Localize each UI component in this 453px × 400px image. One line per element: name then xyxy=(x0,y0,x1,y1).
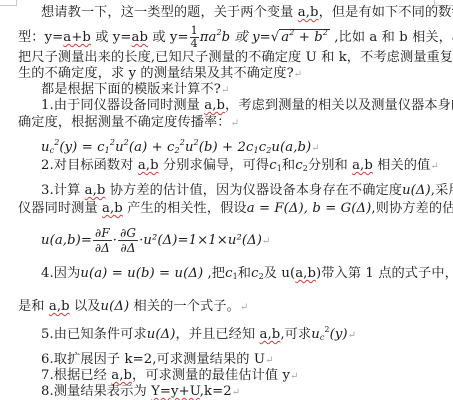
propagation-formula: uc2(y) = c12u2(a) + c22u2(b) + 2c1c2u(a,… xyxy=(41,140,320,157)
paragraph-mark-icon: ↵ xyxy=(240,302,248,313)
spellcheck-word: a,b xyxy=(298,5,319,20)
text: 产生的相关性，假设 xyxy=(123,201,247,216)
paragraph-mark-icon: ↵ xyxy=(430,161,438,172)
paragraph-mark-icon: ↵ xyxy=(311,143,319,154)
text: ,采用同一 xyxy=(431,183,453,198)
math: u(Δ) xyxy=(402,183,431,198)
text: ，可求测量的最佳估计值 y xyxy=(132,368,290,383)
step-1-line-1: 1.由于同仪器设备同时测量 a,b，考虑到测量的相关以及测量仪器本身的不 xyxy=(41,98,453,114)
text: 都是根据下面的模版来计算不? xyxy=(41,82,221,97)
math: u(Δ) xyxy=(101,299,130,314)
text: 是和 xyxy=(18,299,49,314)
step-7-line: 7.根据已经 a,b，可求测量的最佳估计值 y↵ xyxy=(41,368,299,385)
spellcheck-word: ab xyxy=(132,30,149,45)
text: 和 xyxy=(282,158,295,173)
math: c xyxy=(225,266,233,281)
text: 3.计算 xyxy=(41,183,85,198)
text: 2.对目标函数对 xyxy=(41,158,138,173)
text: 8.测量结果表示为 xyxy=(41,384,151,399)
spellcheck-word: a,b xyxy=(138,158,159,173)
step-6-line: 6.取扩展因子 k=2,可求测量结果的 U↵ xyxy=(41,352,274,369)
math: a = F(Δ), b = G(Δ) xyxy=(247,201,372,216)
step-2-line: 2.对目标函数对 a,b 分别求偏导，可得c1和c2分别和 a,b 相关的值↵ xyxy=(41,158,439,175)
text: 1.由于同仪器设备同时测量 xyxy=(41,98,204,113)
fraction-denominator: 4 xyxy=(190,38,199,50)
text: 及 u( xyxy=(264,266,295,281)
spellcheck-word: a,b xyxy=(85,183,106,198)
paragraph-mark-icon: ↵ xyxy=(262,236,270,247)
fraction-one-quarter: 14 xyxy=(190,25,199,50)
math: + b xyxy=(294,30,322,45)
partial-fraction-F: ∂F∂Δ xyxy=(93,226,112,255)
paragraph-mark-icon: ↵ xyxy=(348,330,356,341)
text: ，考虑到测量的相关以及测量仪器本身的不 xyxy=(225,98,453,113)
spellcheck-word: a,b xyxy=(260,327,281,342)
math: · xyxy=(113,233,117,248)
question-line-4: 生的不确定度，求 y 的测量结果及其不确定度?↵ xyxy=(18,66,302,83)
text: ，但是有如下不同的数学模 xyxy=(319,5,453,20)
paragraph-mark-icon: ↵ xyxy=(232,387,240,398)
text: 仪器同时测量 xyxy=(18,201,102,216)
text: 型：y= xyxy=(18,30,63,45)
spellcheck-word: a,b xyxy=(352,158,373,173)
step-4-line-2: 是和 a,b 以及u(Δ) 相关的一个式子。↵ xyxy=(18,299,248,316)
text: )带入第 1 点的式子中， xyxy=(316,266,453,281)
question-line-1: 想请教一下，这一类型的题，关于两个变量 a,b，但是有如下不同的数学模 xyxy=(41,5,453,21)
text: 或 y= xyxy=(148,30,189,45)
text: 5.由已知条件可求 xyxy=(41,327,147,342)
page-corner-mark-left xyxy=(0,0,17,6)
step-4-line-1: 4.因为u(a) = u(b) = u(Δ) ,把c1和c2及 u(a,b)带入… xyxy=(41,266,453,282)
math: b 或 y= xyxy=(222,30,271,45)
fraction-denominator: ∂Δ xyxy=(93,241,112,255)
text: 分别求偏导，可得 xyxy=(159,158,270,173)
math: u(Δ) xyxy=(147,327,176,342)
step-3-line-2: 仪器同时测量 a,b 产生的相关性，假设a = F(Δ), b = G(Δ),则… xyxy=(18,201,453,218)
subscript: c xyxy=(320,333,325,342)
math: ·u²(Δ)=1×1×u²(Δ) xyxy=(139,233,262,248)
question-line-2: 型：y=a+b 或 y=ab 或 y=14πa2b 或 y=√a2 + b2 ,… xyxy=(18,25,453,50)
spellcheck-word: a,b xyxy=(49,299,70,314)
question-line-3: 把尺子测量出来的长度,已知尺子测量的不确定度 U 和 k，不考虑测量重复性产 xyxy=(18,50,453,66)
text: 相关的值 xyxy=(373,158,430,173)
superscript: 2 xyxy=(323,28,328,37)
text: 协方差的估计值，因为仪器设备本身存在不确定度 xyxy=(105,183,402,198)
fraction-numerator: ∂F xyxy=(93,226,112,241)
step-5-line: 5.由已知条件可求u(Δ)，并且已经知 a,b,可求uc2(y)↵ xyxy=(41,327,356,344)
text: ,则协方差的估计值为 xyxy=(371,201,453,216)
spellcheck-word: a,b xyxy=(204,98,225,113)
paragraph-mark-icon: ↵ xyxy=(290,371,298,382)
text: 和 xyxy=(238,266,251,281)
spellcheck-word: a,b xyxy=(111,368,132,383)
step-1-line-2: 确定度，根据测量不确定度传播率：↵ xyxy=(18,115,239,132)
fraction-denominator: ∂Δ xyxy=(118,241,138,255)
math: c xyxy=(295,158,303,173)
text: 相关的一个式子。 xyxy=(129,299,240,314)
spellcheck-word: Y=y+U xyxy=(151,384,200,399)
text: 想请教一下，这一类型的题，关于两个变量 xyxy=(41,5,298,20)
text: 7.根据已经 xyxy=(41,368,111,383)
text: ,k=2 xyxy=(200,384,232,399)
question-line-5: 都是根据下面的模版来计算不?↵ xyxy=(41,82,229,99)
text: 以及 xyxy=(70,299,101,314)
math: (y) xyxy=(330,327,348,342)
step-8-line: 8.测量结果表示为 Y=y+U,k=2↵ xyxy=(41,384,240,400)
fraction-numerator: ∂G xyxy=(118,226,138,241)
sqrt-radicand: a2 + b2 xyxy=(279,29,330,45)
text: ,把 xyxy=(203,266,225,281)
paragraph-mark-icon: ↵ xyxy=(221,85,229,96)
text: 生的不确定度，求 y 的测量结果及其不确定度? xyxy=(18,66,294,81)
text: 确定度，根据测量不确定度传播率： xyxy=(18,115,231,130)
math: u(a,b)= xyxy=(41,233,92,248)
spellcheck-word: a,b xyxy=(295,266,316,281)
text: 或 y= xyxy=(91,30,132,45)
covariance-formula: u(a,b)=∂F∂Δ·∂G∂Δ·u²(Δ)=1×1×u²(Δ)↵ xyxy=(41,226,270,255)
math: u(a) = u(b) = u(Δ) xyxy=(80,266,203,281)
math: u xyxy=(311,327,320,342)
paragraph-mark-icon: ↵ xyxy=(294,69,302,80)
spellcheck-word: a,b xyxy=(102,201,123,216)
math: πa xyxy=(200,30,217,45)
text: 分别和 xyxy=(308,158,352,173)
paragraph-mark-icon: ↵ xyxy=(231,118,239,129)
paragraph-mark-icon: ↵ xyxy=(265,355,273,366)
step-3-line-1: 3.计算 a,b 协方差的估计值，因为仪器设备本身存在不确定度u(Δ),采用同一 xyxy=(41,183,453,199)
math: c xyxy=(269,158,277,173)
text: ,可求 xyxy=(280,327,311,342)
text: 4.因为 xyxy=(41,266,80,281)
text: 6.取扩展因子 k=2,可求测量结果的 U xyxy=(41,352,265,367)
partial-fraction-G: ∂G∂Δ xyxy=(118,226,138,255)
text: ，并且已经知 xyxy=(176,327,260,342)
spellcheck-word: a+b xyxy=(63,30,91,45)
math: c xyxy=(251,266,259,281)
text: ,比如 a 和 b 相关，a 和 b 都是用一 xyxy=(330,30,453,45)
